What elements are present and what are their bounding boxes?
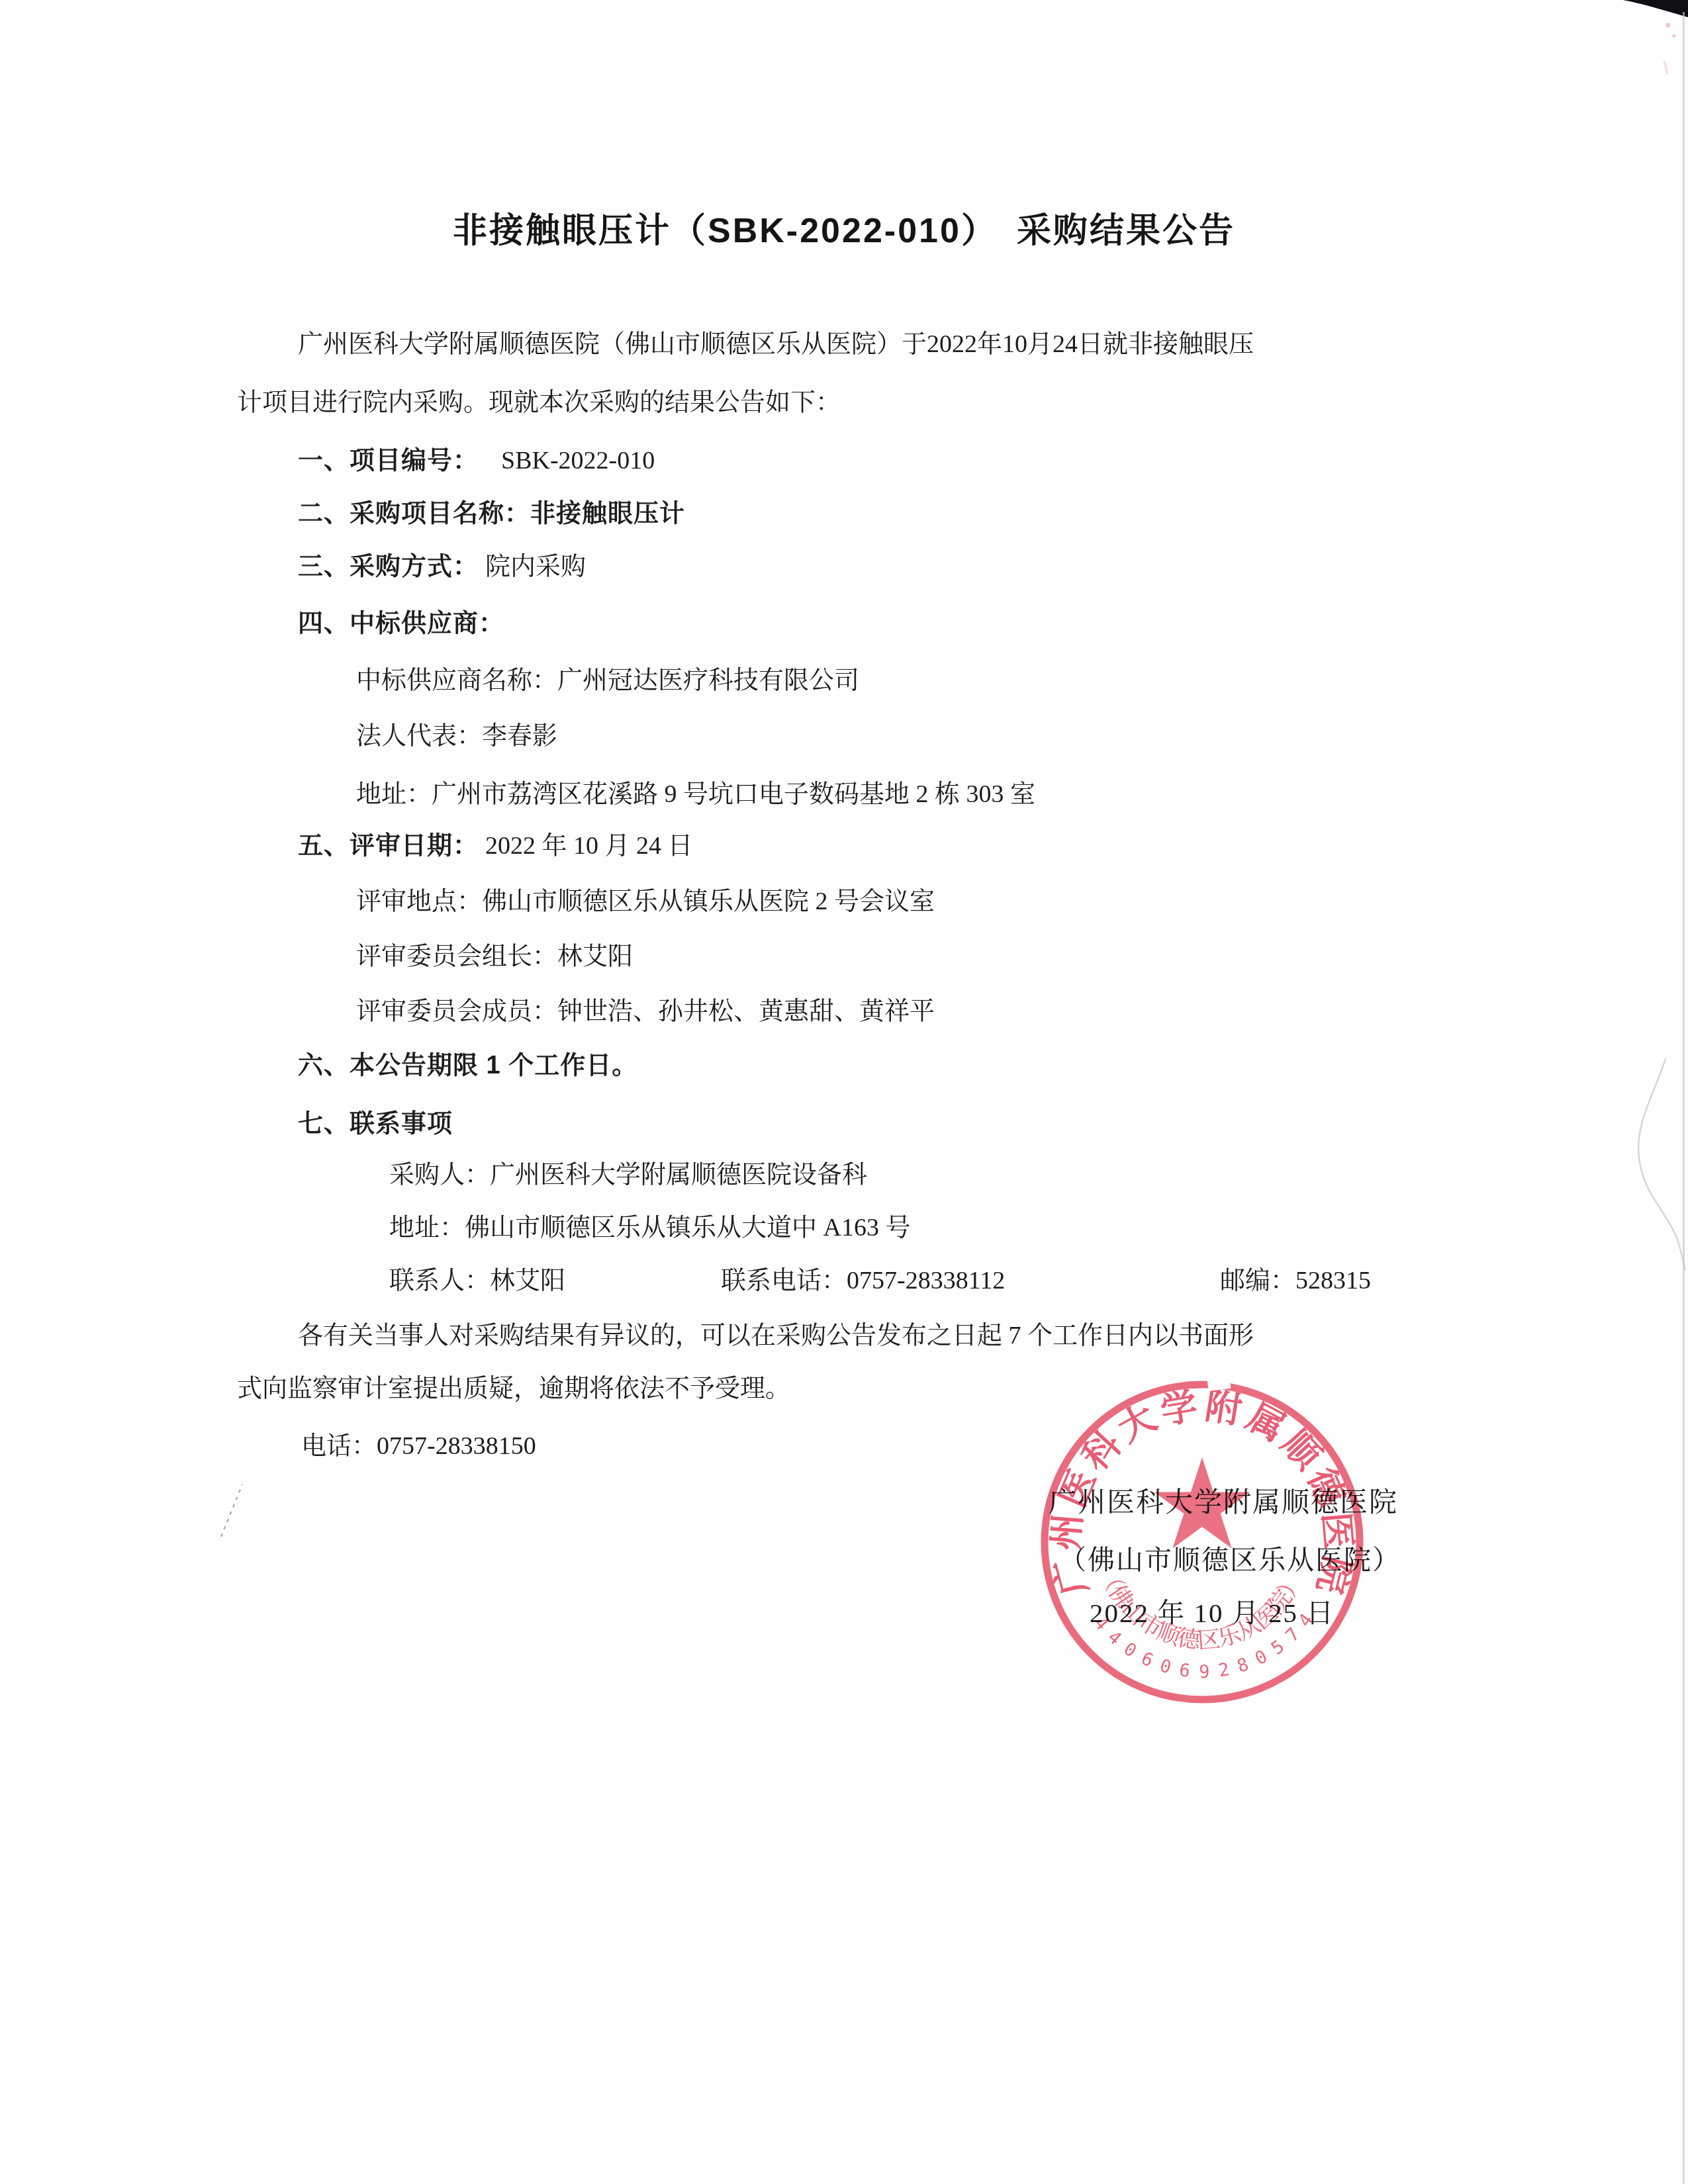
paper-crease-artifact — [1638, 1059, 1685, 1271]
scan-edge-shadow — [1683, 12, 1685, 2184]
item-review-date-label: 五、评审日期： — [298, 832, 479, 860]
contact-postcode: 邮编：528315 — [1220, 1266, 1371, 1297]
supplier-address: 地址：广州市荔湾区花溪路 9 号坑口电子数码基地 2 栋 303 室 — [356, 780, 1035, 810]
official-seal-stamp: 广州医科大学附属顺德医院 （佛山市顺德区乐从医院） 4406069280574 — [1030, 1370, 1374, 1714]
item-review-date-value: 2022 年 10 月 24 日 — [485, 832, 693, 860]
seal-star-icon — [1154, 1457, 1250, 1549]
intro-line-2: 计项目进行院内采购。现就本次采购的结果公告如下： — [237, 388, 841, 418]
contact-address: 地址：佛山市顺德区乐从镇乐从大道中 A163 号 — [389, 1213, 910, 1244]
item-procurement-method-value: 院内采购 — [485, 553, 586, 580]
pink-speck — [1672, 34, 1675, 37]
contact-person: 联系人：林艾阳 — [389, 1266, 565, 1297]
pink-speck — [1666, 23, 1671, 28]
contact-buyer: 采购人：广州医科大学附属顺德医院设备科 — [389, 1160, 867, 1191]
pink-speck — [1664, 61, 1667, 74]
review-place: 评审地点：佛山市顺德区乐从镇乐从医院 2 号会议室 — [356, 887, 935, 917]
seal-ring-notch — [1207, 1371, 1231, 1391]
review-committee-members: 评审委员会成员：钟世浩、孙井松、黄惠甜、黄祥平 — [356, 997, 935, 1027]
contact-phone: 联系电话：0757-28338112 — [721, 1266, 1005, 1297]
objection-line-1: 各有关当事人对采购结果有异议的，可以在采购公告发布之日起 7 个工作日内以书面形 — [298, 1321, 1254, 1351]
item-procurement-method: 三、采购方式：院内采购 — [298, 552, 586, 582]
item-project-name: 二、采购项目名称：非接触眼压计 — [298, 499, 685, 529]
pencil-mark-artifact — [221, 1484, 242, 1537]
supplier-name: 中标供应商名称：广州冠达医疗科技有限公司 — [356, 666, 859, 696]
item-project-number-value: SBK-2022-010 — [501, 447, 655, 475]
page-title: 非接触眼压计（SBK-2022-010） 采购结果公告 — [0, 210, 1688, 251]
supplier-legal-rep: 法人代表：李春影 — [356, 721, 557, 752]
item-project-number: 一、项目编号：SBK-2022-010 — [298, 446, 655, 477]
review-committee-leader: 评审委员会组长：林艾阳 — [356, 942, 633, 972]
scanner-corner-artifact — [1623, 0, 1688, 17]
item-contact-matters-label: 七、联系事项 — [298, 1109, 453, 1140]
intro-line-1: 广州医科大学附属顺德医院（佛山市顺德区乐从医院）于2022年10月24日就非接触… — [298, 330, 1254, 360]
item-winning-supplier-label: 四、中标供应商： — [298, 609, 504, 639]
item-review-date: 五、评审日期：2022 年 10 月 24 日 — [298, 831, 693, 862]
objection-telephone: 电话：0757-28338150 — [301, 1432, 536, 1462]
item-project-name-value: 非接触眼压计 — [530, 500, 685, 527]
objection-line-2: 式向监察审计室提出质疑，逾期将依法不予受理。 — [237, 1374, 790, 1404]
official-seal-svg: 广州医科大学附属顺德医院 （佛山市顺德区乐从医院） 4406069280574 — [1030, 1370, 1374, 1714]
item-project-name-label: 二、采购项目名称： — [298, 500, 530, 527]
scanned-document-page: 非接触眼压计（SBK-2022-010） 采购结果公告 广州医科大学附属顺德医院… — [0, 0, 1688, 2184]
scan-artifacts — [0, 0, 1688, 2184]
item-announcement-period: 六、本公告期限 1 个工作日。 — [298, 1051, 637, 1081]
item-project-number-label: 一、项目编号： — [298, 447, 479, 475]
item-procurement-method-label: 三、采购方式： — [298, 553, 479, 580]
